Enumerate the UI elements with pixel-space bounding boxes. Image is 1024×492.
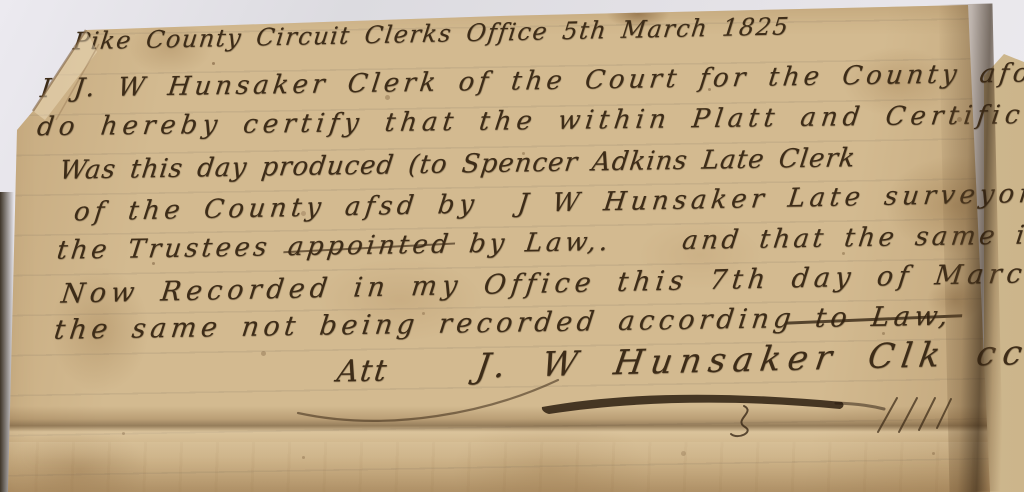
line6-struck-word: appointed	[286, 230, 453, 263]
attestation-att: Att	[335, 357, 390, 388]
line6-post: by Law,. and that the same is	[450, 220, 1024, 259]
line6-pre: the Trustees	[55, 232, 290, 266]
right-fold-shadow	[938, 3, 1003, 492]
handwritten-text: Pike County Circuit Clerks Office 5th Ma…	[0, 0, 1024, 492]
manuscript-line-7: Now Recorded in my Office this 7th day o…	[60, 257, 1024, 307]
manuscript-line-3: do hereby certify that the within Platt …	[36, 101, 1024, 140]
manuscript-line-5: of the County afsd by J W Hunsaker Late …	[73, 179, 1024, 226]
manuscript-heading-line: Pike County Circuit Clerks Office 5th Ma…	[72, 14, 791, 53]
line8-struck-word: Law,	[870, 301, 954, 333]
manuscript-line-2: I J. W Hunsaker Clerk of the Court for t…	[39, 59, 1024, 102]
manuscript-line-4: Was this day produced (to Spencer Adkins…	[58, 145, 857, 184]
manuscript-line-6: the Trustees appointed by Law,. and that…	[55, 222, 1024, 264]
clerk-signature: J. W Hunsaker Clk cc	[474, 336, 1024, 384]
photo-of-manuscript: Pike County Circuit Clerks Office 5th Ma…	[0, 0, 1024, 492]
